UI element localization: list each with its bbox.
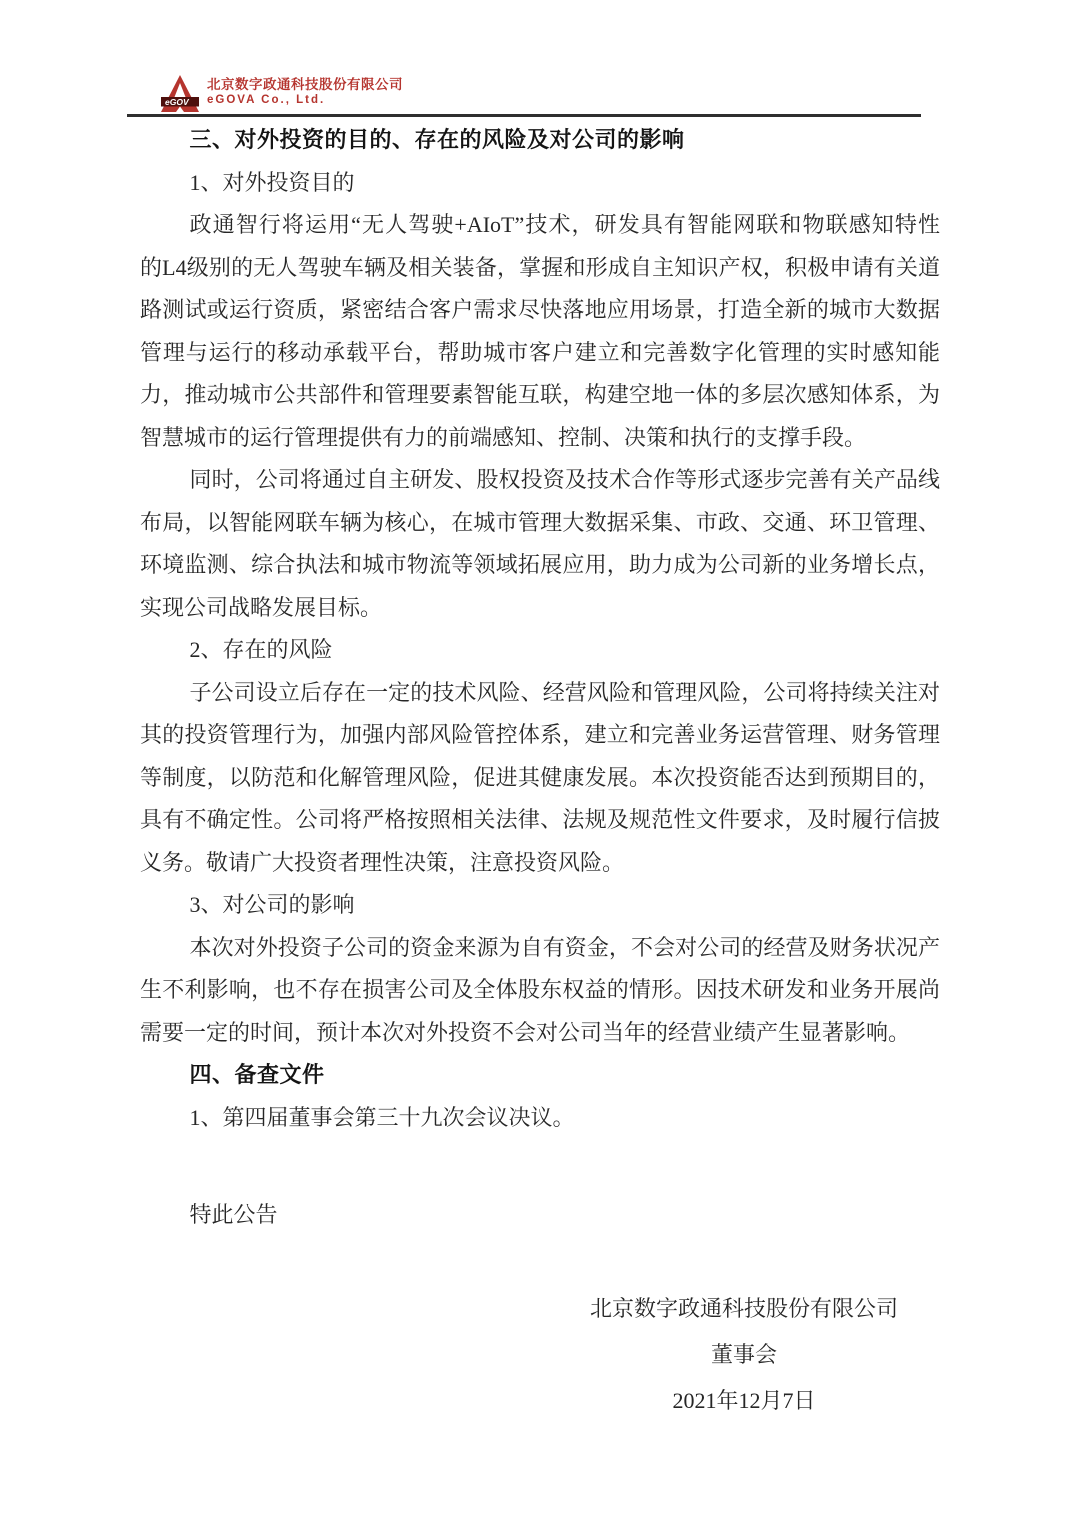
signature-board: 董事会 bbox=[588, 1332, 900, 1378]
closing-notice: 特此公告 bbox=[140, 1194, 940, 1237]
logo-company-name-en: eGOVA Co., Ltd. bbox=[207, 93, 403, 108]
paragraph-line: 智慧城市的运行管理提供有力的前端感知、控制、决策和执行的支撑手段。 bbox=[140, 417, 940, 460]
signature-date: 2021年12月7日 bbox=[588, 1378, 900, 1424]
paragraph-line: 其的投资管理行为，加强内部风险管控体系，建立和完善业务运营管理、财务管理 bbox=[140, 714, 940, 757]
paragraph-line: 义务。敬请广大投资者理性决策，注意投资风险。 bbox=[140, 842, 940, 885]
paragraph-line: 环境监测、综合执法和城市物流等领域拓展应用，助力成为公司新的业务增长点， bbox=[140, 544, 940, 587]
signature-block: 北京数字政通科技股份有限公司 董事会 2021年12月7日 bbox=[588, 1286, 900, 1424]
paragraph-line: 布局，以智能网联车辆为核心，在城市管理大数据采集、市政、交通、环卫管理、 bbox=[140, 502, 940, 545]
logo-names: 北京数字政通科技股份有限公司 eGOVA Co., Ltd. bbox=[207, 75, 403, 108]
paragraph-line: 生不利影响，也不存在损害公司及全体股东权益的情形。因技术研发和业务开展尚 bbox=[140, 969, 940, 1012]
paragraph-line: 的L4级别的无人驾驶车辆及相关装备，掌握和形成自主知识产权，积极申请有关道 bbox=[140, 247, 940, 290]
document-page: eGOV 北京数字政通科技股份有限公司 eGOVA Co., Ltd. 三、对外… bbox=[0, 0, 1080, 1526]
paragraph-line: 需要一定的时间，预计本次对外投资不会对公司当年的经营业绩产生显著影响。 bbox=[140, 1012, 940, 1055]
logo-a-icon: eGOV bbox=[161, 75, 199, 112]
sub-heading: 1、对外投资目的 bbox=[140, 162, 940, 205]
letterhead-divider bbox=[127, 114, 921, 117]
company-logo: eGOV 北京数字政通科技股份有限公司 eGOVA Co., Ltd. bbox=[161, 75, 403, 112]
sub-heading: 1、第四届董事会第三十九次会议决议。 bbox=[140, 1097, 940, 1140]
paragraph-line: 实现公司战略发展目标。 bbox=[140, 587, 940, 630]
paragraph-line: 子公司设立后存在一定的技术风险、经营风险和管理风险，公司将持续关注对 bbox=[140, 672, 940, 715]
paragraph-line: 管理与运行的移动承载平台，帮助城市客户建立和完善数字化管理的实时感知能 bbox=[140, 332, 940, 375]
paragraph-line: 同时，公司将通过自主研发、股权投资及技术合作等形式逐步完善有关产品线 bbox=[140, 459, 940, 502]
section-heading: 四、备查文件 bbox=[140, 1054, 940, 1097]
paragraph-line: 力，推动城市公共部件和管理要素智能互联，构建空地一体的多层次感知体系，为 bbox=[140, 374, 940, 417]
document-body: 三、对外投资的目的、存在的风险及对公司的影响1、对外投资目的政通智行将运用“无人… bbox=[140, 119, 940, 1237]
paragraph-line: 政通智行将运用“无人驾驶+AIoT”技术，研发具有智能网联和物联感知特性 bbox=[140, 204, 940, 247]
paragraph-line: 等制度，以防范和化解管理风险，促进其健康发展。本次投资能否达到预期目的， bbox=[140, 757, 940, 800]
paragraph-line: 具有不确定性。公司将严格按照相关法律、法规及规范性文件要求，及时履行信披 bbox=[140, 799, 940, 842]
sub-heading: 3、对公司的影响 bbox=[140, 884, 940, 927]
paragraph-line: 路测试或运行资质，紧密结合客户需求尽快落地应用场景，打造全新的城市大数据 bbox=[140, 289, 940, 332]
paragraph: 子公司设立后存在一定的技术风险、经营风险和管理风险，公司将持续关注对其的投资管理… bbox=[140, 672, 940, 885]
section-heading: 三、对外投资的目的、存在的风险及对公司的影响 bbox=[140, 119, 940, 162]
logo-company-name-cn: 北京数字政通科技股份有限公司 bbox=[207, 76, 403, 93]
sub-heading: 2、存在的风险 bbox=[140, 629, 940, 672]
paragraph: 同时，公司将通过自主研发、股权投资及技术合作等形式逐步完善有关产品线布局，以智能… bbox=[140, 459, 940, 629]
document-blocks: 三、对外投资的目的、存在的风险及对公司的影响1、对外投资目的政通智行将运用“无人… bbox=[140, 119, 940, 1139]
paragraph: 政通智行将运用“无人驾驶+AIoT”技术，研发具有智能网联和物联感知特性的L4级… bbox=[140, 204, 940, 459]
svg-text:eGOV: eGOV bbox=[165, 97, 190, 107]
paragraph-line: 本次对外投资子公司的资金来源为自有资金，不会对公司的经营及财务状况产 bbox=[140, 927, 940, 970]
signature-company: 北京数字政通科技股份有限公司 bbox=[588, 1286, 900, 1332]
paragraph: 本次对外投资子公司的资金来源为自有资金，不会对公司的经营及财务状况产生不利影响，… bbox=[140, 927, 940, 1055]
